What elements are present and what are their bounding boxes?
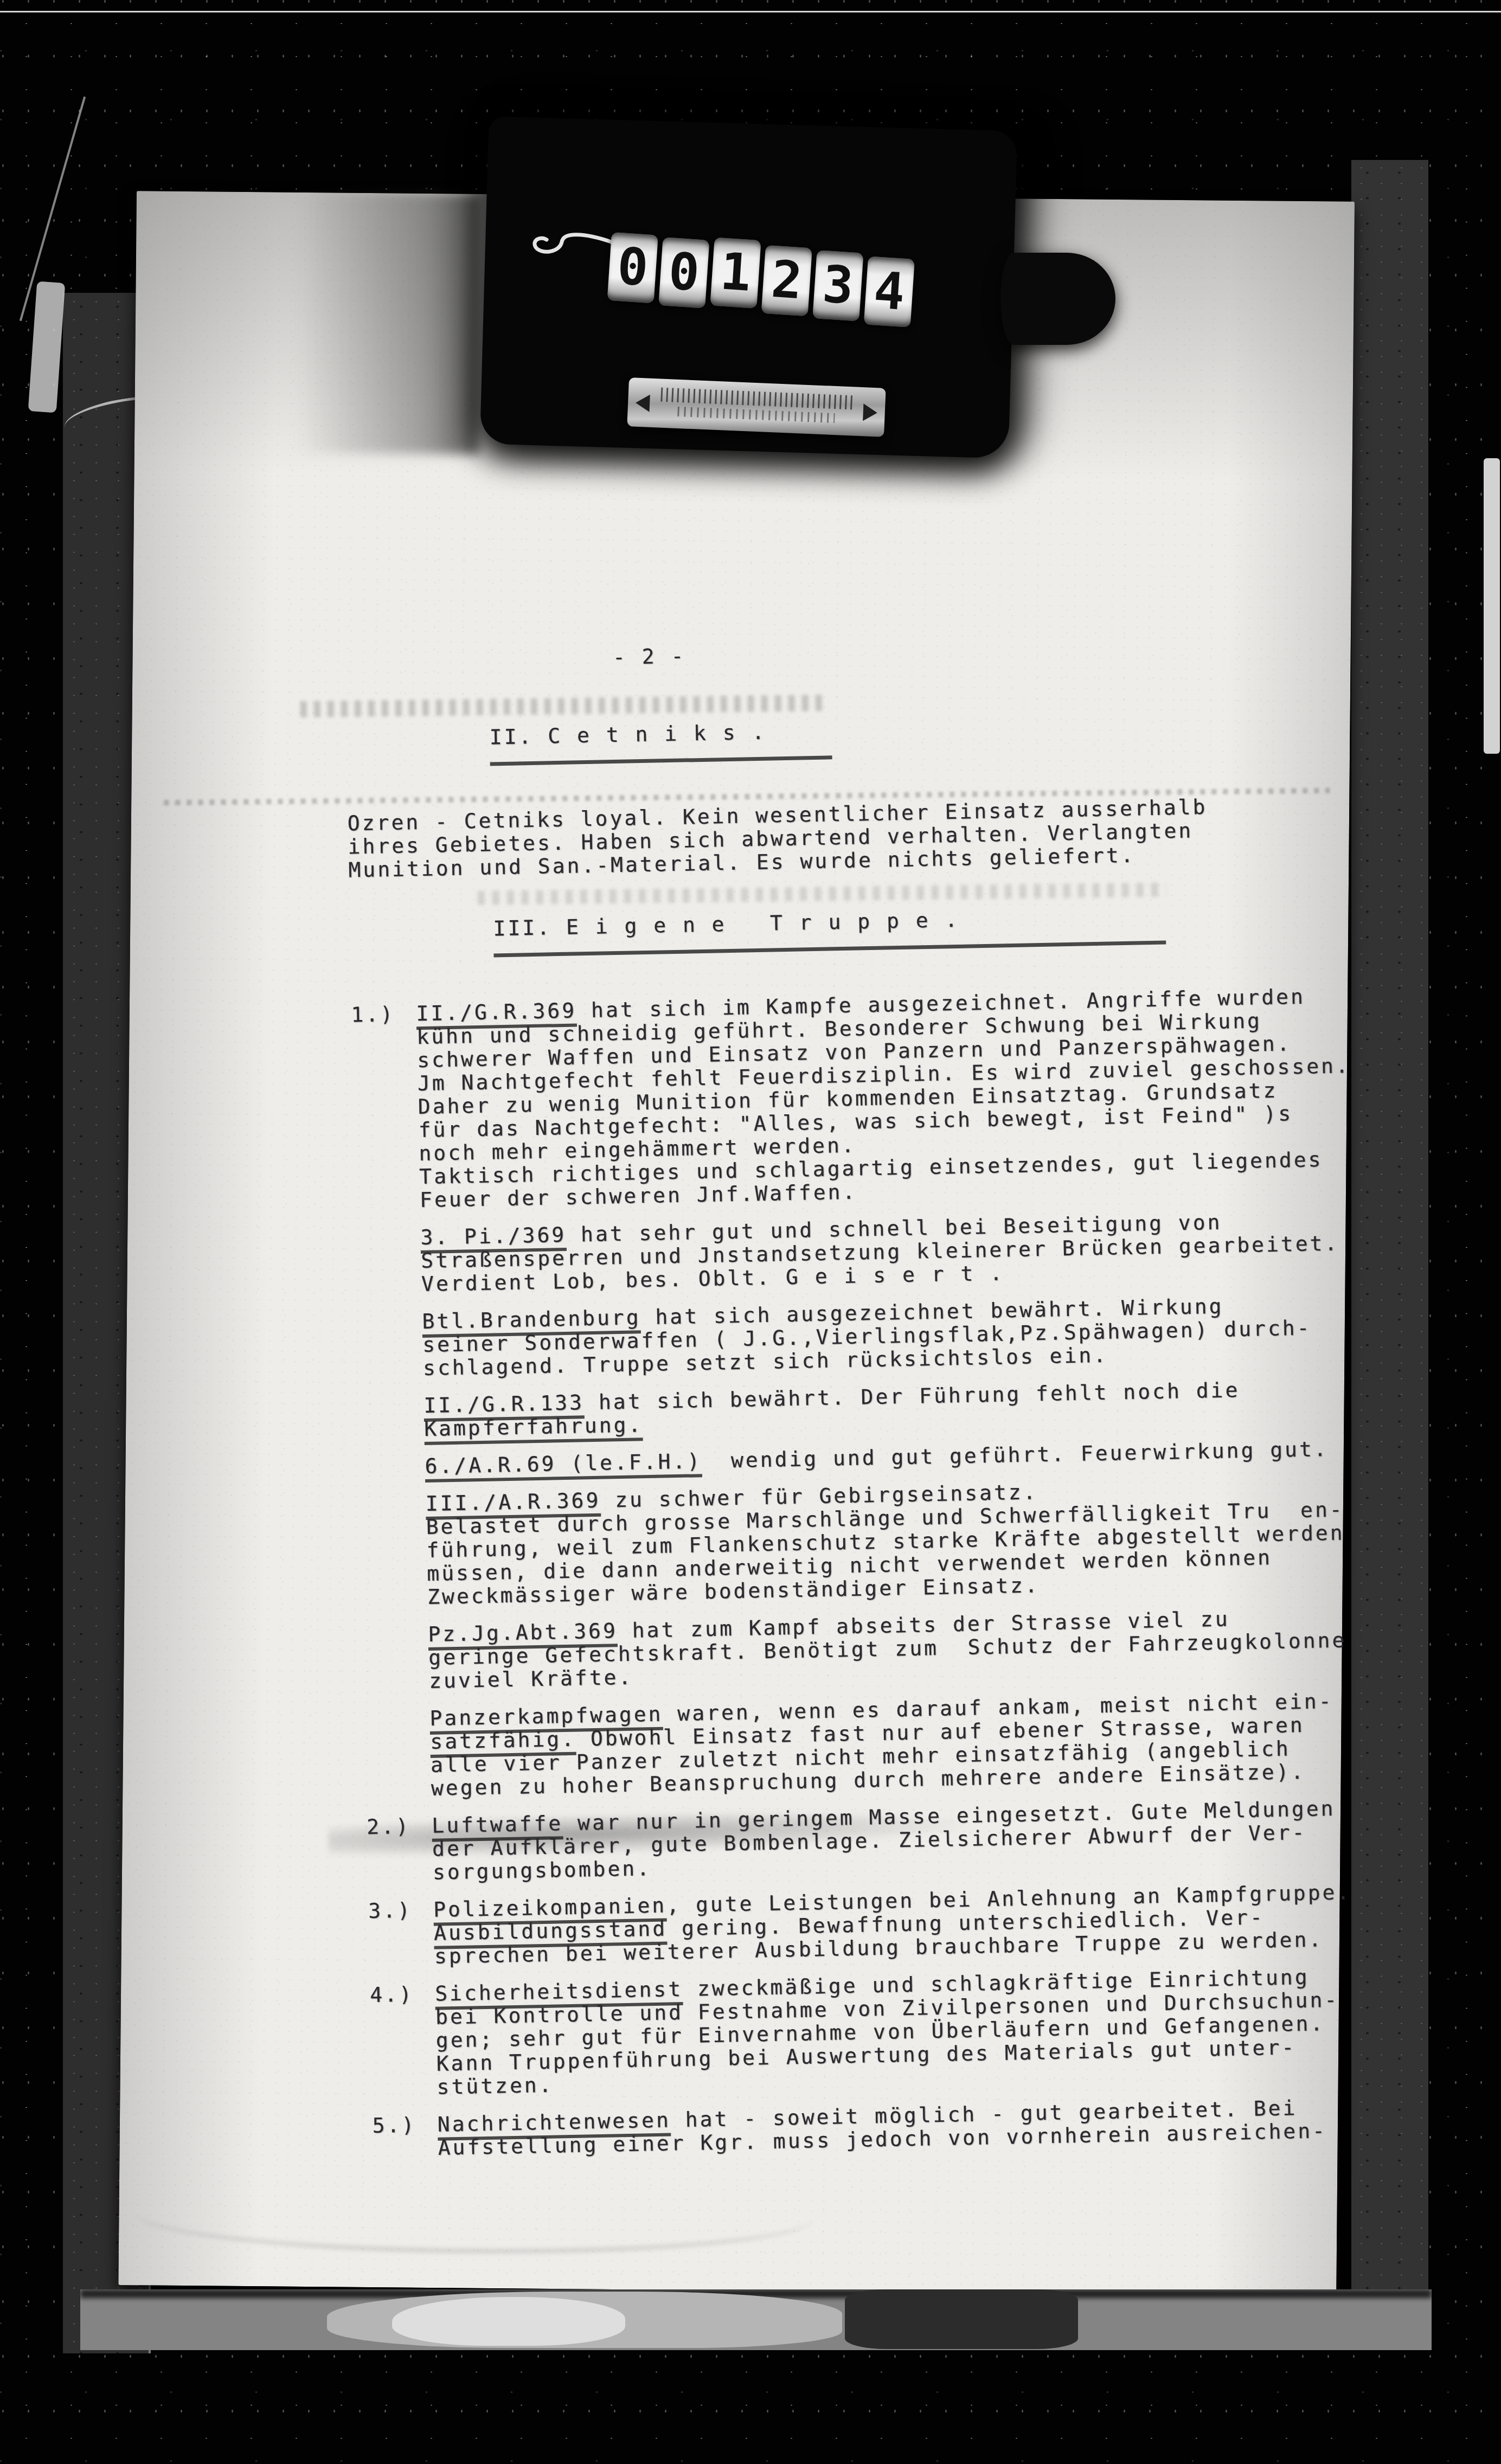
text-segment: wendig und gut geführt. Feuerwirkung gut… [702, 1437, 1329, 1473]
heading-eigene-truppe: III. E i g e n e T r u p p e . [493, 900, 1407, 957]
paper-edge-sliver [1484, 458, 1500, 754]
heading-cetniks-label: II. C e t n i k s . [489, 719, 832, 766]
para-polizeikompanien-number: 3.) [368, 1899, 412, 1923]
para-brandenburg: Btl.Brandenburg hat sich ausgezeichnet b… [357, 1291, 1415, 1381]
page-number: - 2 - [613, 631, 1402, 669]
heading-eigene-truppe-label: III. E i g e n e T r u p p e . [493, 904, 1166, 958]
para-polizeikompanien: 3.)Polizeikompanien, gute Leistungen bei… [368, 1879, 1427, 1969]
plate-arrow-left-icon [635, 394, 650, 412]
para-panzerkampfwagen: Panzerkampfwagen waren, wenn es darauf a… [364, 1688, 1423, 1801]
dark-object-silhouette [845, 2289, 1078, 2349]
underlined-text: 6./A.R.69 (le.F.H.) [425, 1449, 702, 1483]
para-luftwaffe-number: 2.) [367, 1815, 410, 1839]
scan-artifact-line [0, 11, 1501, 12]
para-nachrichtenwesen-number: 5.) [372, 2114, 416, 2138]
para-nachrichtenwesen: 5.)Nachrichtenwesen hat - soweit möglich… [372, 2094, 1430, 2161]
para-sicherheitsdienst: 4.)Sicherheitsdienst zweckmäßige und sch… [370, 1964, 1429, 2100]
counter-digit: 4 [864, 256, 915, 327]
para-sicherheitsdienst-number: 4.) [370, 1983, 414, 2007]
counter-digit: 2 [761, 245, 812, 316]
underlined-text: Kampferfahrung. [424, 1413, 643, 1445]
light-patch [28, 281, 66, 413]
para-gr369-number: 1.) [351, 1003, 395, 1027]
document-body: 1.)II./G.R.369 hat sich im Kampfe ausgez… [351, 983, 1431, 2161]
photo-frame-bottom [80, 2289, 1432, 2350]
para-pzjg369: Pz.Jg.Abt.369 hat zum Kampf abseits der … [363, 1604, 1421, 1694]
document-page: - 2 - II. C e t n i k s . Ozren - Cetnik… [118, 191, 1355, 2295]
para-gr369: 1.)II./G.R.369 hat sich im Kampfe ausgez… [351, 983, 1412, 1213]
counter-digit: 0 [658, 237, 709, 308]
scanned-document-photo: - 2 - II. C e t n i k s . Ozren - Cetnik… [0, 0, 1501, 2464]
engraved-text-illegible [660, 388, 853, 410]
text-segment: zuviel Kräfte. [429, 1665, 633, 1693]
counter-digit: 0 [607, 232, 658, 303]
text-segment: sorgungsbomben. [432, 1856, 651, 1884]
engraved-text-illegible [677, 407, 835, 423]
para-luftwaffe: 2.)Luftwaffe war nur in geringem Masse e… [367, 1795, 1425, 1885]
para-ozren: Ozren - Cetniks loyal. Kein wesentlicher… [347, 792, 1406, 882]
para-pi369: 3. Pi./369 hat sehr gut und schnell bei … [355, 1207, 1414, 1297]
stain [118, 191, 278, 2286]
counter-digit: 3 [812, 250, 863, 321]
counter-shadow [297, 193, 482, 454]
plate-arrow-right-icon [863, 403, 877, 421]
para-ar369: III./A.R.369 zu schwer für Gebirgseinsat… [360, 1473, 1420, 1610]
para-gr133: II./G.R.133 hat sich bewährt. Der Führun… [358, 1375, 1416, 1442]
text-segment: stützen. [437, 2073, 554, 2099]
counter-digit: 1 [710, 238, 761, 309]
heading-cetniks: II. C e t n i k s . [489, 708, 1403, 766]
clipboard-blob-highlight [392, 2297, 625, 2346]
typewritten-text: - 2 - II. C e t n i k s . Ozren - Cetnik… [344, 631, 1431, 2175]
counter-reset-knob [1000, 253, 1115, 345]
